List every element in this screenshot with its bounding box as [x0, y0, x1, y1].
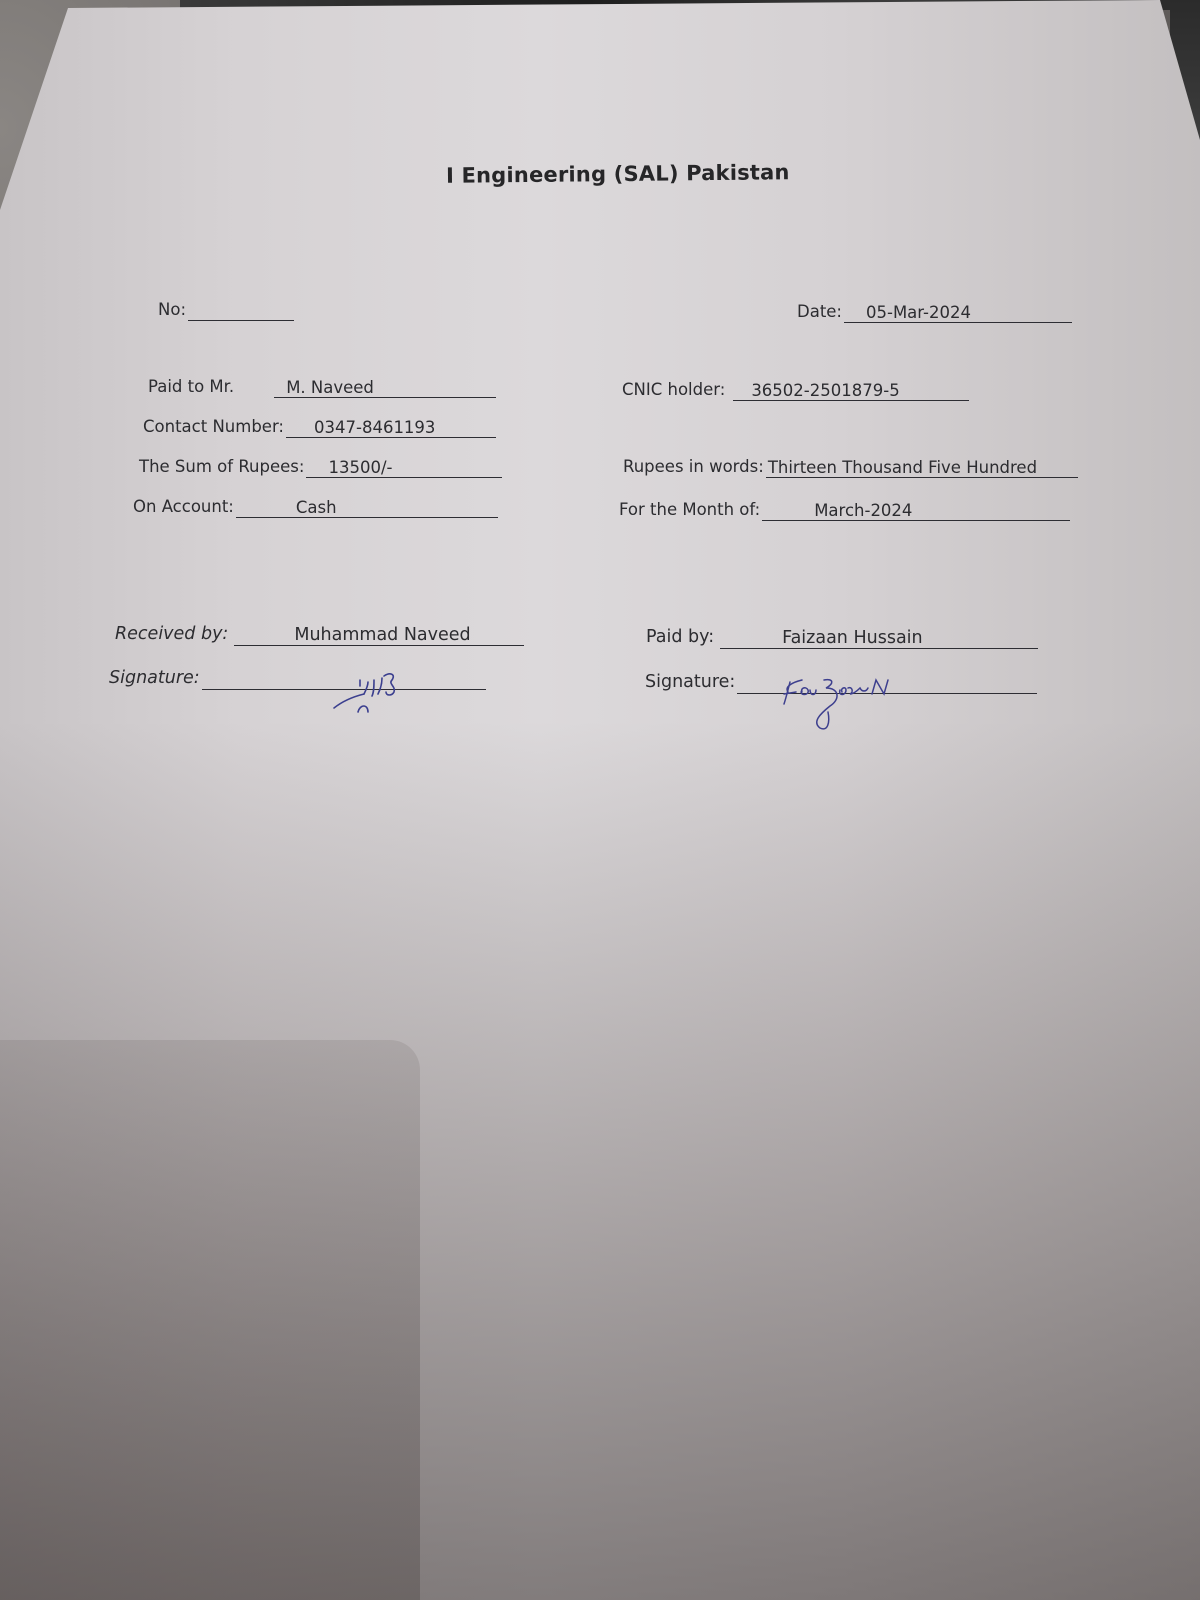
- paid-by-field: Paid by: Faizaan Hussain: [646, 627, 1038, 649]
- paid-to-label: Paid to Mr.: [148, 377, 234, 398]
- company-title: I Engineering (SAL) Pakistan: [446, 160, 790, 188]
- received-by-label: Received by:: [115, 624, 228, 646]
- rupees-in-words-label: Rupees in words:: [623, 457, 764, 478]
- date-label: Date:: [797, 302, 842, 323]
- receipt-number-line: [188, 300, 294, 321]
- sum-label: The Sum of Rupees:: [139, 457, 304, 478]
- paid-to-line: M. Naveed: [274, 377, 496, 398]
- on-account-field: On Account: Cash: [133, 497, 498, 518]
- paid-by-value: Faizaan Hussain: [782, 628, 923, 648]
- received-by-field: Received by: Muhammad Naveed: [115, 624, 524, 646]
- rupees-in-words-line: Thirteen Thousand Five Hundred: [766, 457, 1078, 478]
- contact-number-label: Contact Number:: [143, 417, 284, 438]
- cnic-field: CNIC holder: 36502-2501879-5: [622, 380, 969, 401]
- rupees-in-words-field: Rupees in words: Thirteen Thousand Five …: [623, 457, 1078, 478]
- cnic-value: 36502-2501879-5: [751, 381, 899, 400]
- contact-number-value: 0347-8461193: [314, 418, 435, 437]
- payer-signature-label: Signature:: [645, 672, 735, 694]
- cnic-line: 36502-2501879-5: [733, 380, 969, 401]
- month-field: For the Month of: March-2024: [619, 500, 1070, 521]
- received-by-value: Muhammad Naveed: [294, 625, 470, 645]
- on-account-line: Cash: [236, 497, 498, 518]
- received-by-line: Muhammad Naveed: [234, 625, 524, 646]
- contact-number-field: Contact Number: 0347-8461193: [143, 417, 496, 438]
- receiver-signature-field: Signature:: [109, 668, 486, 690]
- date-value: 05-Mar-2024: [866, 303, 971, 322]
- paid-by-label: Paid by:: [646, 627, 714, 649]
- paid-by-line: Faizaan Hussain: [720, 628, 1038, 649]
- month-value: March-2024: [814, 501, 912, 520]
- sum-field: The Sum of Rupees: 13500/-: [139, 457, 502, 478]
- cnic-label: CNIC holder:: [622, 380, 725, 401]
- sum-line: 13500/-: [306, 457, 502, 478]
- date-line: 05-Mar-2024: [844, 302, 1072, 323]
- receiver-signature-label: Signature:: [109, 668, 200, 690]
- paid-to-value: M. Naveed: [286, 378, 374, 397]
- date-field: Date: 05-Mar-2024: [797, 302, 1072, 323]
- payment-receipt: I Engineering (SAL) Pakistan No: Date: 0…: [0, 0, 1200, 1600]
- contact-number-line: 0347-8461193: [286, 417, 496, 438]
- receipt-number-label: No:: [158, 300, 186, 321]
- rupees-in-words-value: Thirteen Thousand Five Hundred: [768, 458, 1037, 477]
- sum-value: 13500/-: [328, 458, 392, 477]
- on-account-label: On Account:: [133, 497, 234, 518]
- receiver-signature-scribble: [330, 670, 420, 720]
- on-account-value: Cash: [296, 498, 337, 517]
- month-label: For the Month of:: [619, 500, 760, 521]
- receipt-number-field: No:: [158, 300, 294, 321]
- month-line: March-2024: [762, 500, 1070, 521]
- paid-to-field: Paid to Mr. M. Naveed: [148, 377, 496, 398]
- payer-signature-scribble: [780, 672, 920, 736]
